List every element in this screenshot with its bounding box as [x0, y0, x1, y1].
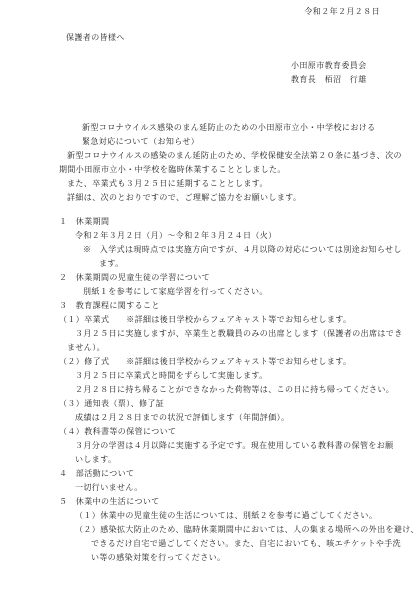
addressee: 保護者の皆様へ [66, 34, 125, 42]
issue-date: 令和２年２月２８日 [304, 8, 380, 16]
textbook-body-2: いします。 [75, 456, 116, 464]
section-5-item-2-line-1: （２）感染拡大防止のため、臨時休業期間中においては、人の集まる場所への外出を避け… [75, 526, 419, 534]
intro-line-1: 新型コロナウイルスの感染のまん延防止のため、学校保健安全法第２０条に基づき、次の [67, 152, 402, 160]
closing-ceremony-body-1: ３月２５日に卒業式と時間をずらして実施します。 [75, 372, 268, 380]
intro-line-2: 期間小田原市立小・中学校を臨時休業することとしました。 [59, 166, 286, 174]
closure-period: 令和２年３月２日（月）～令和２年３月２４日（火） [75, 232, 277, 240]
report-card-body: 成績は２月２８日までの状況で評価します（年間評価）。 [75, 414, 289, 422]
report-card-heading: （３）通知表（票）、修了証 [59, 400, 164, 408]
title-line-2: 緊急対応について（お知らせ） [82, 138, 199, 146]
entrance-ceremony-note-1: ※ 入学式は現時点では実施方向ですが、４月以降の対応については別途お知らせし [83, 246, 402, 254]
entrance-ceremony-note-2: ます。 [99, 260, 124, 268]
closing-ceremony-heading: （２）修了式 ※詳細は後日学校からフェアキャスト等でお知らせします。 [59, 358, 351, 366]
sender-person: 教育長 栢沼 行雄 [291, 76, 367, 84]
section-5-item-2-line-2: できるだけ自宅で過ごしてください。また、自宅においても、咳エチケットや手洗 [91, 540, 401, 548]
textbook-body-1: ３月分の学習は４月以降に実施する予定です。現在使用している教科書の保管をお願 [75, 442, 394, 450]
graduation-body-2: ません）。 [67, 344, 105, 352]
textbook-heading: （４）教科書等の保管について [59, 428, 176, 436]
section-4-heading: ４ 部活動について [59, 470, 134, 478]
sender-organization: 小田原市教育委員会 [291, 62, 367, 70]
intro-line-4: 詳細は、次のとおりですので、ご理解ご協力をお願いします。 [67, 194, 301, 202]
section-5-heading: ５ 休業中の生活について [59, 498, 160, 506]
graduation-body-1: ３月２５日に実施しますが、卒業生と教職員のみの出席とします（保護者の出席はでき [75, 330, 403, 338]
title-line-1: 新型コロナウイルス感染のまん延防止のための小田原市立小・中学校における [82, 124, 376, 132]
section-5-item-2-line-3: い等の感染対策を行ってください。 [91, 554, 225, 562]
section-1-heading: １ 休業期間 [59, 218, 109, 226]
section-5-item-1: （１）休業中の児童生徒の生活については、別紙２を参考に過ごしてください。 [75, 512, 377, 520]
closing-ceremony-body-2: ２月２８日に持ち帰ることができなかった荷物等は、この日に持ち帰ってください。 [75, 386, 394, 394]
graduation-heading: （１）卒業式 ※詳細は後日学校からフェアキャスト等でお知らせします。 [59, 316, 351, 324]
section-4-body: 一切行いません。 [75, 484, 143, 492]
section-3-heading: ３ 教育課程に関すること [59, 302, 160, 310]
section-2-body: 別紙１を参考にして家庭学習を行ってください。 [83, 288, 268, 296]
intro-line-3: また、卒業式も３月２５日に延期することとします。 [67, 180, 268, 188]
section-2-heading: ２ 休業期間の児童生徒の学習について [59, 274, 210, 282]
